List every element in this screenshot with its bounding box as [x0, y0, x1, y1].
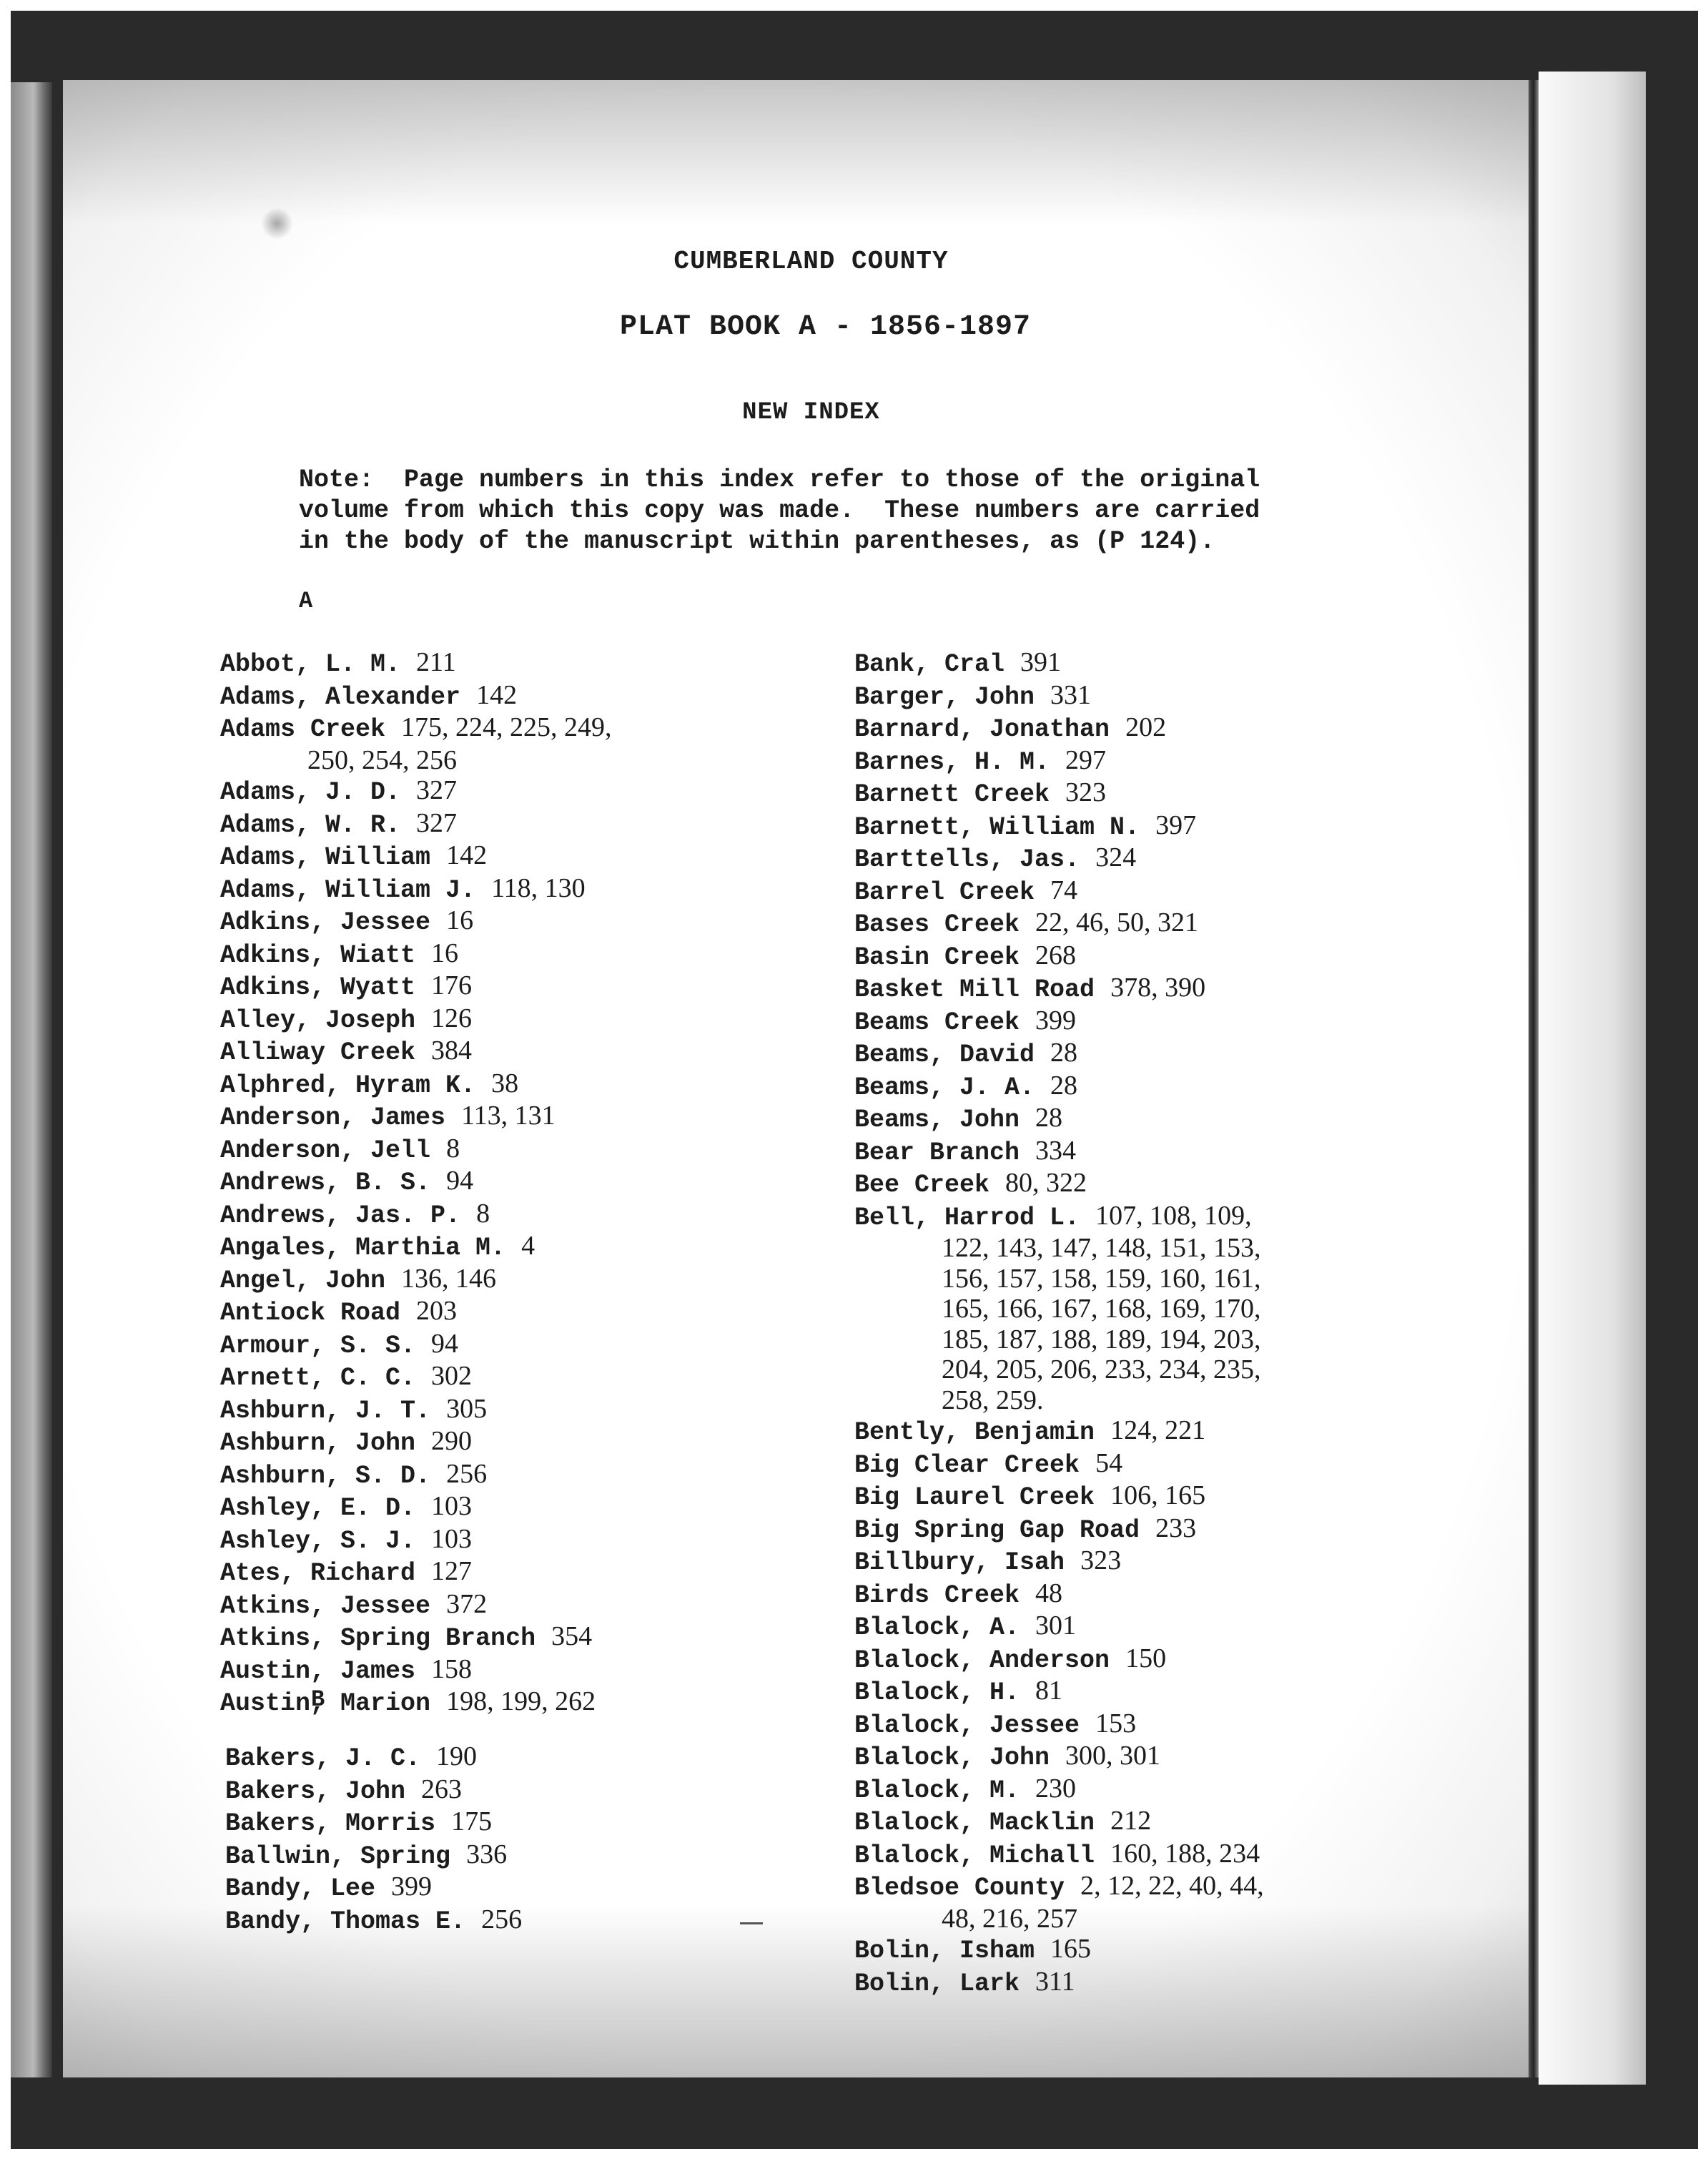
index-entry: Blalock, John300, 301 — [854, 1741, 1264, 1774]
entry-name: Beams, J. A. — [854, 1073, 1035, 1102]
index-entry: Andrews, B. S.94 — [220, 1166, 612, 1199]
entry-name: Bolin, Isham — [854, 1937, 1035, 1965]
entry-name: Ashley, E. D. — [220, 1494, 415, 1523]
index-entry: Blalock, Michall160, 188, 234 — [854, 1839, 1264, 1872]
entry-pages: 54 — [1095, 1448, 1122, 1478]
entry-pages: 323 — [1080, 1545, 1121, 1575]
index-entry: Barnes, H. M.297 — [854, 745, 1264, 778]
entry-name: Austin, Marion — [220, 1689, 430, 1718]
index-entry: Bledsoe County2, 12, 22, 40, 44,48, 216,… — [854, 1871, 1264, 1934]
entry-name: Bently, Benjamin — [854, 1418, 1095, 1447]
index-entry: Blalock, A.301 — [854, 1610, 1264, 1643]
index-entry: Billbury, Isah323 — [854, 1545, 1264, 1578]
entry-name: Basin Creek — [854, 943, 1020, 972]
index-entry: Barger, John331 — [854, 680, 1264, 713]
entry-pages: 268 — [1035, 940, 1076, 970]
entry-pages: 256 — [481, 1904, 522, 1934]
index-list-b-right: Bank, Cral391Barger, John331Barnard, Jon… — [854, 647, 1264, 1999]
entry-pages: 107, 108, 109, — [1095, 1201, 1252, 1231]
entry-pages: 323 — [1065, 777, 1106, 807]
entry-pages: 190 — [436, 1741, 477, 1771]
entry-name: Blalock, Macklin — [854, 1809, 1095, 1837]
entry-pages: 22, 46, 50, 321 — [1035, 908, 1198, 938]
index-entry: Ashburn, S. D.256 — [220, 1459, 612, 1492]
index-entry: Bases Creek22, 46, 50, 321 — [854, 908, 1264, 940]
entry-name: Adams, William — [220, 843, 430, 872]
index-entry: Bee Creek80, 322 — [854, 1168, 1264, 1201]
index-entry: Blalock, Anderson150 — [854, 1643, 1264, 1676]
entry-pages: 212 — [1110, 1806, 1151, 1836]
entry-name: Adams, William J. — [220, 876, 475, 905]
entry-name: Big Spring Gap Road — [854, 1516, 1140, 1545]
entry-pages-continuation: 156, 157, 158, 159, 160, 161, — [854, 1264, 1264, 1294]
entry-name: Armour, S. S. — [220, 1332, 415, 1360]
index-entry: Big Spring Gap Road233 — [854, 1513, 1264, 1546]
entry-pages: 80, 322 — [1005, 1168, 1087, 1198]
entry-name: Alphred, Hyram K. — [220, 1071, 475, 1100]
section-letter-b: B — [311, 1686, 325, 1713]
index-entry: Abbot, L. M.211 — [220, 647, 612, 680]
entry-name: Adams, W. R. — [220, 811, 400, 840]
entry-pages-continuation: 185, 187, 188, 189, 194, 203, — [854, 1324, 1264, 1355]
index-entry: Bolin, Lark311 — [854, 1967, 1264, 2000]
entry-pages: 38 — [491, 1068, 518, 1098]
index-entry: Austin, James158 — [220, 1654, 612, 1687]
entry-pages: 153 — [1095, 1708, 1136, 1738]
entry-pages-continuation: 258, 259. — [854, 1385, 1264, 1416]
index-entry: Adkins, Wiatt16 — [220, 938, 612, 971]
entry-name: Arnett, C. C. — [220, 1364, 415, 1392]
entry-name: Blalock, M. — [854, 1776, 1020, 1805]
entry-name: Blalock, Anderson — [854, 1646, 1110, 1675]
index-entry: Barrel Creek74 — [854, 875, 1264, 908]
index-entry: Adams, Alexander142 — [220, 680, 612, 713]
index-entry: Angales, Marthia M.4 — [220, 1231, 612, 1264]
index-entry: Adams, W. R.327 — [220, 808, 612, 841]
index-entry: Anderson, James113, 131 — [220, 1101, 612, 1133]
entry-pages: 142 — [446, 840, 487, 870]
entry-pages: 399 — [391, 1872, 432, 1902]
book-title: PLAT BOOK A - 1856-1897 — [0, 311, 1679, 343]
entry-name: Bolin, Lark — [854, 1969, 1020, 1998]
entry-pages: 198, 199, 262 — [446, 1686, 596, 1716]
entry-name: Blalock, H. — [854, 1678, 1020, 1707]
index-entry: Basin Creek268 — [854, 940, 1264, 973]
index-entry: Barnett, William N.397 — [854, 810, 1264, 843]
entry-pages: 336 — [466, 1839, 507, 1869]
entry-name: Barger, John — [854, 683, 1035, 712]
entry-name: Abbot, L. M. — [220, 650, 400, 679]
entry-name: Barnett, William N. — [854, 813, 1140, 842]
entry-name: Anderson, Jell — [220, 1136, 430, 1165]
entry-pages: 8 — [476, 1199, 490, 1229]
entry-name: Beams, David — [854, 1041, 1035, 1069]
index-entry: Austin, Marion198, 199, 262 — [220, 1686, 612, 1719]
entry-name: Adkins, Wyatt — [220, 973, 415, 1002]
entry-name: Barrel Creek — [854, 878, 1035, 907]
entry-pages: 384 — [431, 1036, 472, 1066]
index-entry: Adkins, Wyatt176 — [220, 970, 612, 1003]
index-entry: Ashley, S. J.103 — [220, 1524, 612, 1557]
county-title: CUMBERLAND COUNTY — [0, 247, 1665, 276]
index-entry: Bakers, Morris175 — [225, 1806, 522, 1839]
entry-pages: 399 — [1035, 1005, 1076, 1036]
index-entry: Adkins, Jessee16 — [220, 905, 612, 938]
entry-name: Big Laurel Creek — [854, 1483, 1095, 1512]
entry-pages: 305 — [446, 1394, 487, 1424]
entry-pages-continuation: 204, 205, 206, 233, 234, 235, — [854, 1354, 1264, 1385]
index-entry: Bolin, Isham165 — [854, 1934, 1264, 1967]
entry-name: Beams Creek — [854, 1008, 1020, 1037]
index-entry: Birds Creek48 — [854, 1578, 1264, 1611]
index-entry: Beams Creek399 — [854, 1005, 1264, 1038]
entry-name: Angel, John — [220, 1267, 385, 1295]
index-list-b-left: Bakers, J. C.190Bakers, John263Bakers, M… — [225, 1741, 522, 1937]
index-entry: Ates, Richard127 — [220, 1556, 612, 1589]
index-entry: Beams, J. A.28 — [854, 1071, 1264, 1103]
entry-pages-continuation: 48, 216, 257 — [854, 1904, 1264, 1934]
entry-name: Anderson, James — [220, 1103, 445, 1132]
entry-name: Bell, Harrod L. — [854, 1204, 1080, 1232]
entry-pages: 300, 301 — [1065, 1741, 1160, 1771]
entry-name: Bee Creek — [854, 1171, 989, 1199]
index-entry: Adams, William142 — [220, 840, 612, 873]
entry-pages: 103 — [431, 1491, 472, 1521]
entry-name: Andrews, Jas. P. — [220, 1201, 460, 1230]
entry-name: Angales, Marthia M. — [220, 1234, 505, 1262]
entry-pages: 263 — [421, 1774, 462, 1804]
index-note: Note: Page numbers in this index refer t… — [299, 465, 1328, 557]
index-entry: Basket Mill Road378, 390 — [854, 973, 1264, 1005]
index-entry: Ashley, E. D.103 — [220, 1491, 612, 1524]
entry-pages: 124, 221 — [1110, 1415, 1205, 1445]
entry-name: Ashburn, S. D. — [220, 1462, 430, 1490]
index-entry: Adams Creek175, 224, 225, 249,250, 254, … — [220, 712, 612, 775]
index-entry: Adams, William J.118, 130 — [220, 873, 612, 906]
entry-pages: 256 — [446, 1459, 487, 1489]
entry-name: Ashburn, J. T. — [220, 1397, 430, 1425]
index-entry: Beams, John28 — [854, 1103, 1264, 1136]
entry-pages: 94 — [431, 1329, 458, 1359]
entry-pages: 211 — [416, 647, 456, 677]
entry-pages: 165 — [1050, 1934, 1091, 1964]
entry-name: Blalock, A. — [854, 1613, 1020, 1642]
entry-pages: 324 — [1095, 842, 1136, 872]
entry-name: Austin, James — [220, 1657, 415, 1686]
entry-pages: 103 — [431, 1524, 472, 1554]
index-entry: Atkins, Jessee372 — [220, 1589, 612, 1622]
entry-name: Basket Mill Road — [854, 975, 1095, 1004]
index-entry: Andrews, Jas. P.8 — [220, 1199, 612, 1231]
entry-pages: 297 — [1065, 745, 1106, 775]
entry-pages-continuation: 250, 254, 256 — [220, 745, 612, 776]
index-entry: Barnard, Jonathan202 — [854, 712, 1264, 745]
entry-name: Birds Creek — [854, 1581, 1020, 1610]
entry-pages: 48 — [1035, 1578, 1062, 1608]
entry-name: Alliway Creek — [220, 1038, 415, 1067]
index-entry: Blalock, H.81 — [854, 1676, 1264, 1708]
entry-name: Antiock Road — [220, 1299, 400, 1327]
index-entry: Alphred, Hyram K.38 — [220, 1068, 612, 1101]
index-entry: Anderson, Jell8 — [220, 1133, 612, 1166]
entry-pages: 175 — [451, 1806, 492, 1836]
index-entry: Blalock, Macklin212 — [854, 1806, 1264, 1839]
index-entry: Ashburn, John290 — [220, 1426, 612, 1459]
index-entry: Arnett, C. C.302 — [220, 1361, 612, 1394]
entry-pages: 175, 224, 225, 249, — [401, 712, 612, 742]
entry-pages: 176 — [431, 970, 472, 1000]
entry-pages: 301 — [1035, 1610, 1076, 1641]
index-entry: Bell, Harrod L.107, 108, 109,122, 143, 1… — [854, 1201, 1264, 1416]
entry-name: Bakers, Morris — [225, 1809, 435, 1838]
index-entry: Big Laurel Creek106, 165 — [854, 1480, 1264, 1513]
index-entry: Barnett Creek323 — [854, 777, 1264, 810]
entry-name: Ashley, S. J. — [220, 1527, 415, 1555]
entry-pages: 16 — [431, 938, 458, 968]
entry-pages: 302 — [431, 1361, 472, 1391]
entry-name: Big Clear Creek — [854, 1451, 1080, 1480]
entry-pages: 28 — [1050, 1071, 1077, 1101]
entry-name: Barnard, Jonathan — [854, 715, 1110, 744]
index-title: NEW INDEX — [0, 399, 1665, 426]
entry-pages: 142 — [476, 680, 517, 710]
index-document: CUMBERLAND COUNTY PLAT BOOK A - 1856-189… — [0, 0, 1708, 2159]
index-entry: Alliway Creek384 — [220, 1036, 612, 1068]
entry-name: Bank, Cral — [854, 650, 1004, 679]
entry-name: Barttells, Jas. — [854, 845, 1080, 874]
index-entry: Bandy, Thomas E.256 — [225, 1904, 522, 1937]
entry-pages: 233 — [1155, 1513, 1196, 1543]
entry-name: Barnett Creek — [854, 780, 1050, 809]
entry-name: Blalock, Jessee — [854, 1711, 1080, 1740]
entry-name: Ballwin, Spring — [225, 1842, 450, 1871]
entry-name: Alley, Joseph — [220, 1006, 415, 1035]
index-entry: Blalock, M.230 — [854, 1774, 1264, 1806]
index-entry: Bakers, John263 — [225, 1774, 522, 1807]
index-entry: Atkins, Spring Branch354 — [220, 1621, 612, 1654]
entry-pages-continuation: 122, 143, 147, 148, 151, 153, — [854, 1233, 1264, 1264]
entry-name: Atkins, Jessee — [220, 1592, 430, 1621]
index-entry: Beams, David28 — [854, 1038, 1264, 1071]
entry-pages: 202 — [1125, 712, 1166, 742]
entry-name: Atkins, Spring Branch — [220, 1624, 535, 1653]
entry-pages-continuation: 165, 166, 167, 168, 169, 170, — [854, 1294, 1264, 1324]
entry-name: Bases Creek — [854, 910, 1020, 939]
entry-pages: 372 — [446, 1589, 487, 1619]
index-entry: Antiock Road203 — [220, 1296, 612, 1329]
index-entry: Bear Branch334 — [854, 1136, 1264, 1169]
entry-name: Bandy, Lee — [225, 1874, 375, 1903]
entry-pages: 94 — [446, 1166, 473, 1196]
stray-mark — [740, 1922, 763, 1924]
entry-name: Blalock, Michall — [854, 1841, 1095, 1870]
index-entry: Barttells, Jas.324 — [854, 842, 1264, 875]
entry-pages: 230 — [1035, 1774, 1076, 1804]
index-entry: Big Clear Creek54 — [854, 1448, 1264, 1481]
entry-pages: 334 — [1035, 1136, 1076, 1166]
entry-pages: 378, 390 — [1110, 973, 1205, 1003]
entry-pages: 311 — [1035, 1967, 1075, 1997]
entry-pages: 160, 188, 234 — [1110, 1839, 1260, 1869]
entry-name: Andrews, B. S. — [220, 1169, 430, 1197]
entry-pages: 2, 12, 22, 40, 44, — [1080, 1871, 1264, 1901]
entry-pages: 127 — [431, 1556, 472, 1586]
entry-pages: 16 — [446, 905, 473, 935]
index-entry: Angel, John136, 146 — [220, 1264, 612, 1297]
entry-pages: 331 — [1050, 680, 1091, 710]
entry-pages: 28 — [1050, 1038, 1077, 1068]
entry-pages: 106, 165 — [1110, 1480, 1205, 1510]
entry-pages: 397 — [1155, 810, 1196, 840]
entry-name: Bledsoe County — [854, 1874, 1065, 1902]
entry-pages: 113, 131 — [461, 1101, 556, 1131]
entry-pages: 327 — [416, 808, 457, 838]
entry-name: Ates, Richard — [220, 1559, 415, 1588]
entry-pages: 290 — [431, 1426, 472, 1456]
index-entry: Ballwin, Spring336 — [225, 1839, 522, 1872]
entry-pages: 391 — [1020, 647, 1061, 677]
entry-pages: 8 — [446, 1133, 460, 1164]
entry-name: Adams, J. D. — [220, 778, 400, 807]
entry-pages: 354 — [551, 1621, 592, 1651]
entry-pages: 118, 130 — [491, 873, 586, 903]
index-list-a: Abbot, L. M.211Adams, Alexander142Adams … — [220, 647, 612, 1719]
entry-name: Bandy, Thomas E. — [225, 1907, 465, 1936]
entry-name: Ashburn, John — [220, 1429, 415, 1457]
entry-pages: 327 — [416, 775, 457, 805]
entry-name: Bakers, J. C. — [225, 1744, 420, 1773]
entry-pages: 203 — [416, 1296, 457, 1326]
section-letter-a: A — [299, 588, 312, 614]
index-entry: Alley, Joseph126 — [220, 1003, 612, 1036]
index-entry: Bently, Benjamin124, 221 — [854, 1415, 1264, 1448]
index-entry: Bank, Cral391 — [854, 647, 1264, 680]
entry-name: Billbury, Isah — [854, 1548, 1065, 1577]
entry-name: Adkins, Jessee — [220, 908, 430, 937]
index-entry: Bakers, J. C.190 — [225, 1741, 522, 1774]
entry-pages: 136, 146 — [401, 1264, 496, 1294]
entry-pages: 126 — [431, 1003, 472, 1033]
entry-pages: 158 — [431, 1654, 472, 1684]
entry-name: Barnes, H. M. — [854, 748, 1050, 777]
index-entry: Bandy, Lee399 — [225, 1872, 522, 1904]
entry-name: Blalock, John — [854, 1744, 1050, 1772]
entry-name: Adkins, Wiatt — [220, 941, 415, 970]
entry-pages: 28 — [1035, 1103, 1062, 1133]
entry-pages: 74 — [1050, 875, 1077, 905]
entry-pages: 81 — [1035, 1676, 1062, 1706]
index-entry: Adams, J. D.327 — [220, 775, 612, 808]
entry-name: Bear Branch — [854, 1138, 1020, 1167]
entry-name: Bakers, John — [225, 1777, 405, 1806]
entry-name: Adams Creek — [220, 715, 385, 744]
index-entry: Blalock, Jessee153 — [854, 1708, 1264, 1741]
entry-name: Adams, Alexander — [220, 683, 460, 712]
index-entry: Armour, S. S.94 — [220, 1329, 612, 1362]
entry-pages: 150 — [1125, 1643, 1166, 1673]
entry-pages: 4 — [521, 1231, 535, 1261]
entry-name: Beams, John — [854, 1106, 1020, 1134]
index-entry: Ashburn, J. T.305 — [220, 1394, 612, 1427]
